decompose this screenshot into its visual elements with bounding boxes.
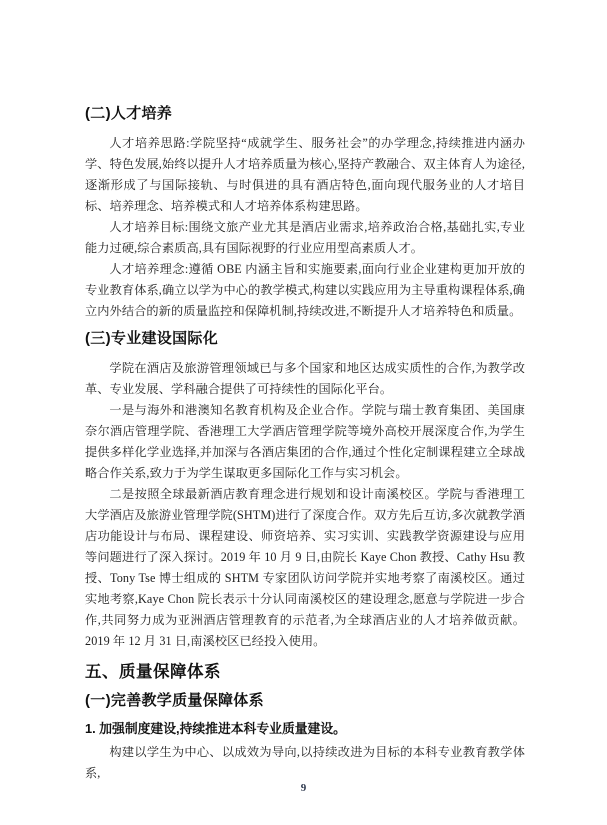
paragraph-nanxi-campus: 二是按照全球最新酒店教育理念进行规划和设计南溪校区。学院与香港理工大学酒店及旅游… — [85, 484, 525, 652]
paragraph-talent-goal: 人才培养目标:围绕文旅产业尤其是酒店业需求,培养政治合格,基础扎实,专业能力过硬… — [85, 217, 525, 259]
paragraph-talent-concept: 人才培养理念:遵循 OBE 内涵主旨和实施要素,面向行业企业建构更加开放的专业教… — [85, 259, 525, 322]
section-heading-teaching-quality-system: (一)完善教学质量保障体系 — [85, 690, 525, 712]
section-heading-internationalization: (三)专业建设国际化 — [85, 328, 525, 350]
paragraph-talent-idea: 人才培养思路:学院坚持“成就学生、服务社会”的办学理念,持续推进内涵办学、特色发… — [85, 133, 525, 217]
page-number: 9 — [0, 782, 607, 794]
paragraph-international-platform: 学院在酒店及旅游管理领域已与多个国家和地区达成实质性的合作,为教学改革、专业发展… — [85, 358, 525, 400]
paragraph-cooperation-overseas: 一是与海外和港澳知名教育机构及企业合作。学院与瑞士教育集团、美国康奈尔酒店管理学… — [85, 400, 525, 484]
document-content: (二)人才培养人才培养思路:学院坚持“成就学生、服务社会”的办学理念,持续推进内… — [85, 103, 525, 784]
subheading-system-construction: 1. 加强制度建设,持续推进本科专业质量建设。 — [85, 720, 525, 738]
section-heading-talent-cultivation: (二)人才培养 — [85, 103, 525, 125]
section-heading-quality-assurance: 五、质量保障体系 — [85, 660, 525, 684]
paragraph-student-centered: 构建以学生为中心、以成效为导向,以持续改进为目标的本科专业教育教学体系, — [85, 742, 525, 784]
